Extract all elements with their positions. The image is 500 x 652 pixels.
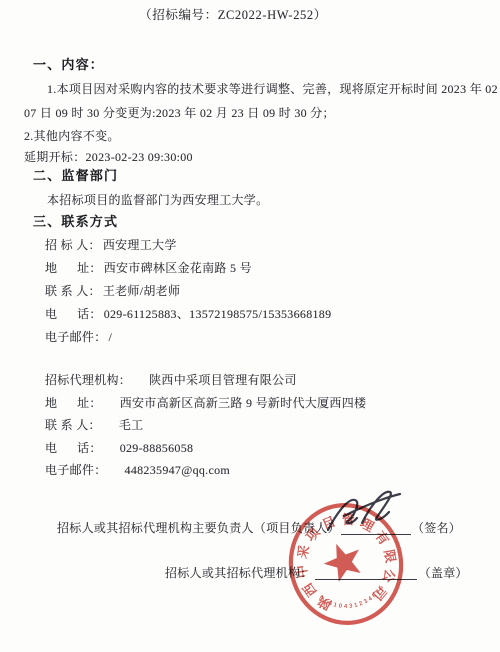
tenderer-contact-row: 联 系 人：王老师/胡老师 (45, 284, 180, 298)
content-line-2: 07 日 09 时 30 分变更为:2023 年 02 月 23 日 09 时 … (24, 106, 335, 120)
agency-email-row: 电子邮件：448235947@qq.com (45, 463, 230, 477)
tenderer-name-row: 招 标 人：西安理工大学 (45, 238, 177, 252)
agency-name-value: 陕西中采项目管理有限公司 (131, 373, 297, 387)
svg-text:0: 0 (338, 603, 343, 609)
supervision-body: 本招标项目的监督部门为西安理工大学。 (47, 193, 268, 207)
agency-contact-row: 联 系 人：毛工 (45, 418, 143, 432)
agency-name-label: 招标代理机构： (45, 373, 131, 387)
agency-address-row: 地 址：西安市高新区高新三路 9 号新时代大厦西四楼 (45, 396, 366, 410)
tenderer-email-label: 电子邮件： (45, 330, 107, 344)
agency-phone-value: 029-88856058 (102, 441, 194, 455)
stamp-suffix: （盖章） (419, 566, 468, 580)
svg-text:限: 限 (381, 548, 398, 563)
section-2-heading: 二、监督部门 (33, 169, 118, 183)
content-line-1: 1.本项目因对采购内容的技术要求等进行调整、完善，现将原定开标时间 2023 年… (47, 82, 500, 96)
section-3-heading: 三、联系方式 (33, 215, 118, 229)
tenderer-phone-row: 电 话：029-61125883、13572198575/15353668189 (45, 307, 331, 321)
tenderer-phone-label: 电 话： (45, 307, 102, 321)
svg-text:理: 理 (358, 515, 377, 535)
section-1-heading: 一、内容： (33, 58, 104, 72)
agency-address-label: 地 址： (45, 396, 102, 410)
content-line-3: 2.其他内容不变。 (24, 129, 120, 143)
tenderer-address-value: 西安市碑林区金花南路 5 号 (102, 261, 252, 275)
svg-text:管: 管 (341, 512, 355, 528)
seal-star-icon (319, 537, 368, 585)
agency-contact-value: 毛工 (101, 418, 144, 432)
tenderer-name-value: 西安理工大学 (101, 238, 177, 252)
tenderer-address-row: 地 址：西安市碑林区金花南路 5 号 (45, 261, 252, 275)
company-seal: 陕西中采项目管理有限公司 91610431234875 (284, 500, 408, 628)
tenderer-address-label: 地 址： (45, 261, 102, 275)
tenderer-email-value: / (107, 330, 113, 344)
agency-contact-label: 联 系 人： (45, 418, 101, 432)
svg-text:目: 目 (320, 514, 338, 533)
svg-text:3: 3 (349, 603, 354, 609)
agency-email-label: 电子邮件： (45, 463, 107, 477)
tenderer-name-label: 招 标 人： (45, 238, 101, 252)
postponed-bid-opening-line: 延期开标：2023-02-23 09:30:00 (24, 150, 193, 164)
svg-text:中: 中 (294, 564, 311, 579)
agency-email-value: 448235947@qq.com (107, 463, 231, 477)
svg-text:采: 采 (294, 543, 312, 560)
agency-phone-row: 电 话：029-88856058 (45, 441, 193, 455)
tenderer-phone-value: 029-61125883、13572198575/15353668189 (102, 307, 332, 321)
svg-text:1: 1 (333, 602, 338, 609)
tender-number: （招标编号：ZC2022-HW-252） (0, 8, 466, 22)
agency-phone-label: 电 话： (45, 441, 102, 455)
agency-address-value: 西安市高新区高新三路 9 号新时代大厦西四楼 (102, 396, 367, 410)
svg-text:公: 公 (380, 568, 398, 585)
svg-text:项: 项 (303, 524, 324, 544)
svg-text:4: 4 (344, 604, 348, 610)
tenderer-contact-label: 联 系 人： (45, 284, 101, 298)
signature-suffix: （签名） (412, 521, 461, 535)
tenderer-contact-value: 王老师/胡老师 (101, 284, 180, 298)
tender-change-notice-document: （招标编号：ZC2022-HW-252） 一、内容： 1.本项目因对采购内容的技… (0, 0, 500, 652)
agency-name-row: 招标代理机构：陕西中采项目管理有限公司 (45, 373, 297, 387)
tenderer-email-row: 电子邮件：/ (45, 330, 112, 344)
